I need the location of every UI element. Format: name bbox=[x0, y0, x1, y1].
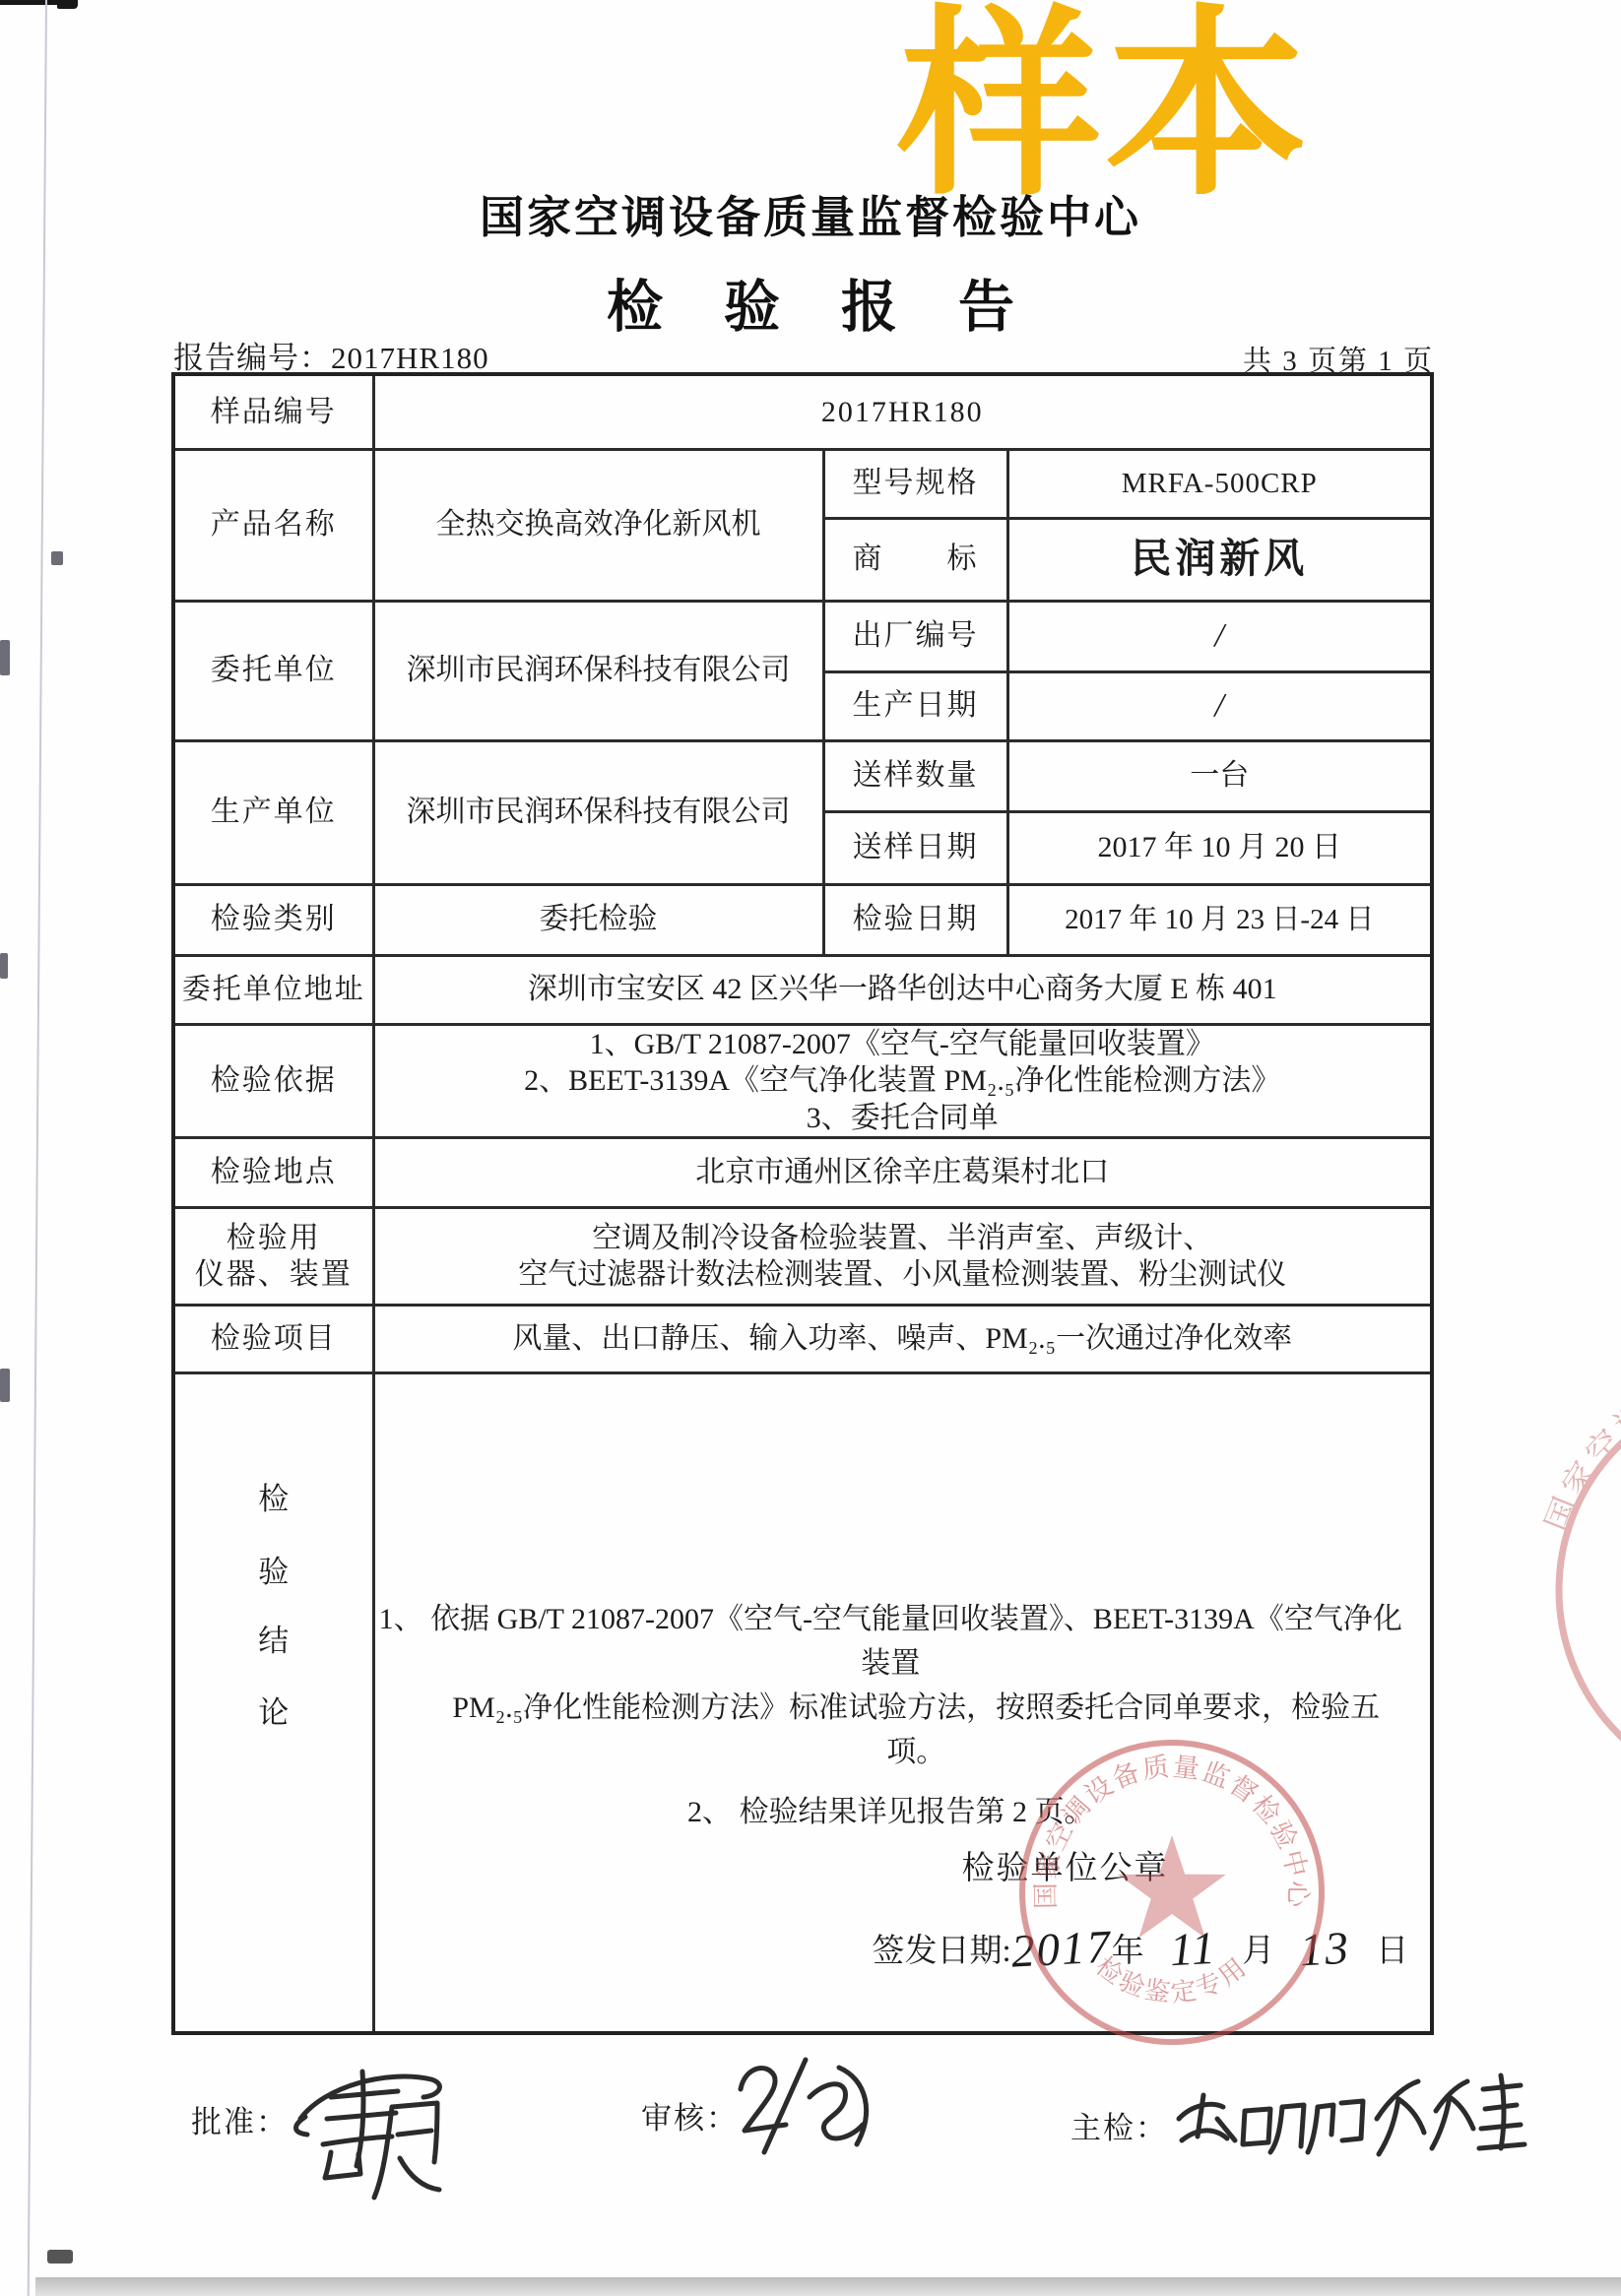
scan-edge-mark bbox=[0, 640, 10, 675]
sample-watermark: 样本 bbox=[898, 6, 1312, 209]
review-label: 审核： bbox=[641, 2093, 739, 2137]
basis-line: 3、委托合同单 bbox=[375, 1100, 1431, 1137]
field-value-inspection-date: 2017 年 10 月 23 日-24 日 bbox=[1007, 884, 1432, 955]
paper-edge-line bbox=[28, 0, 47, 2296]
conclusion-line: PM₂.₅净化性能检测方法》标准试验方法，按照委托合同单要求，检验五项。 bbox=[379, 1686, 1403, 1774]
seal-caption: 检验单位公章 bbox=[962, 1849, 1169, 1889]
scan-bottom-edge-artifact bbox=[35, 2277, 1621, 2296]
doc-title: 检验报告 bbox=[0, 262, 1621, 343]
report-number: 报告编号：2017HR180 bbox=[173, 333, 489, 377]
seal-circle bbox=[1559, 1386, 1621, 1794]
field-value-manufacturer: 深圳市民润环保科技有限公司 bbox=[373, 740, 823, 884]
conclusion-label-char: 结 bbox=[175, 1623, 372, 1661]
issue-year-handwritten: 2017 bbox=[1009, 1918, 1113, 1981]
approve-signature bbox=[296, 2072, 440, 2198]
field-value-model: MRFA-500CRP bbox=[1007, 449, 1432, 518]
field-label-sample-date: 送样日期 bbox=[823, 811, 1007, 884]
conclusion-label-char: 验 bbox=[175, 1554, 372, 1592]
seal-arc-text: 国家空调设备质量监督检验中心 bbox=[1539, 1359, 1621, 1537]
issue-month-unit: 月 bbox=[1242, 1934, 1274, 1969]
field-label-production-date: 生产日期 bbox=[823, 671, 1007, 740]
approve-label: 批准： bbox=[191, 2097, 289, 2141]
field-value-instruments: 空调及制冷设备检验装置、半消声室、声级计、 空气过滤器计数法检测装置、小风量检测… bbox=[373, 1208, 1432, 1306]
instruments-line: 空气过滤器计数法检测装置、小风量检测装置、粉尘测试仪 bbox=[375, 1256, 1431, 1294]
instruments-label-line: 检验用 bbox=[175, 1220, 372, 1257]
field-label-manufacturer: 生产单位 bbox=[173, 740, 373, 884]
issue-day-unit: 日 bbox=[1376, 1934, 1408, 1969]
chief-signature-2 bbox=[1377, 2075, 1524, 2154]
issue-date-label: 签发日期: bbox=[873, 1934, 1011, 1969]
scanned-inspection-report-page: 样本 国家空调设备质量监督检验中心 检验报告 报告编号：2017HR180 共 … bbox=[0, 0, 1621, 2296]
field-value-inspection-items: 风量、出口静压、输入功率、噪声、PM₂.₅一次通过净化效率 bbox=[373, 1306, 1432, 1373]
report-table: 样品编号 2017HR180 产品名称 全热交换高效净化新风机 型号规格 MRF… bbox=[171, 372, 1434, 2035]
field-value-factory-no: / bbox=[1007, 601, 1432, 671]
field-label-inspection-date: 检验日期 bbox=[823, 884, 1007, 955]
conclusion-label-char: 检 bbox=[175, 1481, 372, 1519]
partial-seal-stamp: 国家空调设备质量监督检验中心 bbox=[1531, 1359, 1621, 1821]
field-value-sample-no: 2017HR180 bbox=[373, 374, 1432, 449]
scan-edge-mark bbox=[0, 953, 8, 979]
scan-edge-mark bbox=[0, 1369, 10, 1402]
field-value-inspection-location: 北京市通州区徐辛庄葛渠村北口 bbox=[373, 1138, 1432, 1208]
field-value-sample-date: 2017 年 10 月 20 日 bbox=[1007, 811, 1432, 884]
scan-bottom-speck bbox=[47, 2250, 73, 2264]
field-label-sample-no: 样品编号 bbox=[173, 374, 373, 449]
chief-signature-1 bbox=[1179, 2095, 1363, 2152]
svg-text:国家空调设备质量监督检验中心: 国家空调设备质量监督检验中心 bbox=[1539, 1359, 1621, 1537]
field-label-sample-qty: 送样数量 bbox=[823, 740, 1007, 811]
field-value-inspection-basis: 1、GB/T 21087-2007《空气-空气能量回收装置》 2、BEET-31… bbox=[373, 1024, 1432, 1138]
conclusion-text: 1、 依据 GB/T 21087-2007《空气-空气能量回收装置》、BEET-… bbox=[375, 1571, 1431, 1834]
basis-line: 1、GB/T 21087-2007《空气-空气能量回收装置》 bbox=[375, 1026, 1431, 1063]
field-label-inspection-location: 检验地点 bbox=[173, 1138, 373, 1208]
field-label-client-address: 委托单位地址 bbox=[173, 955, 373, 1024]
chief-label: 主检： bbox=[1070, 2103, 1168, 2147]
conclusion-line: 1、 依据 GB/T 21087-2007《空气-空气能量回收装置》、BEET-… bbox=[379, 1597, 1403, 1686]
conclusion-line: 2、 检验结果详见报告第 2 页。 bbox=[379, 1790, 1403, 1834]
field-value-inspection-type: 委托检验 bbox=[373, 884, 823, 955]
issue-month-handwritten: 11 bbox=[1168, 1920, 1218, 1980]
org-title: 国家空调设备质量监督检验中心 bbox=[0, 181, 1621, 245]
field-label-product-name: 产品名称 bbox=[173, 449, 373, 601]
instruments-label-line: 仪器、装置 bbox=[175, 1256, 372, 1294]
field-value-conclusion: 1、 依据 GB/T 21087-2007《空气-空气能量回收装置》、BEET-… bbox=[373, 1373, 1432, 2033]
scan-top-edge-blob bbox=[57, 0, 78, 9]
review-signature bbox=[741, 2060, 867, 2152]
field-label-model: 型号规格 bbox=[823, 449, 1007, 518]
field-label-client: 委托单位 bbox=[173, 601, 373, 740]
issue-year-unit: 年 bbox=[1112, 1934, 1144, 1969]
field-value-product-name: 全热交换高效净化新风机 bbox=[373, 449, 823, 601]
field-value-production-date: / bbox=[1007, 671, 1432, 740]
field-value-client-address: 深圳市宝安区 42 区兴华一路华创达中心商务大厦 E 栋 401 bbox=[373, 955, 1432, 1024]
field-value-brand: 民润新风 bbox=[1007, 518, 1432, 601]
issue-date-line: 签发日期:2017年11月13日 bbox=[873, 1918, 1409, 1976]
field-label-instruments: 检验用 仪器、装置 bbox=[173, 1208, 373, 1306]
field-label-inspection-type: 检验类别 bbox=[173, 884, 373, 955]
field-value-sample-qty: 一台 bbox=[1007, 740, 1432, 811]
conclusion-label-char: 论 bbox=[175, 1694, 372, 1733]
field-label-factory-no: 出厂编号 bbox=[823, 601, 1007, 671]
field-label-inspection-basis: 检验依据 bbox=[173, 1024, 373, 1138]
field-label-inspection-items: 检验项目 bbox=[173, 1306, 373, 1373]
field-label-conclusion: 检 验 结 论 bbox=[173, 1373, 373, 2033]
field-value-client: 深圳市民润环保科技有限公司 bbox=[373, 601, 823, 740]
instruments-line: 空调及制冷设备检验装置、半消声室、声级计、 bbox=[375, 1220, 1431, 1257]
scan-edge-mark bbox=[51, 551, 63, 565]
basis-line: 2、BEET-3139A《空气净化装置 PM₂.₅净化性能检测方法》 bbox=[375, 1062, 1431, 1100]
field-label-brand: 商 标 bbox=[823, 518, 1007, 601]
issue-day-handwritten: 13 bbox=[1299, 1920, 1352, 1980]
